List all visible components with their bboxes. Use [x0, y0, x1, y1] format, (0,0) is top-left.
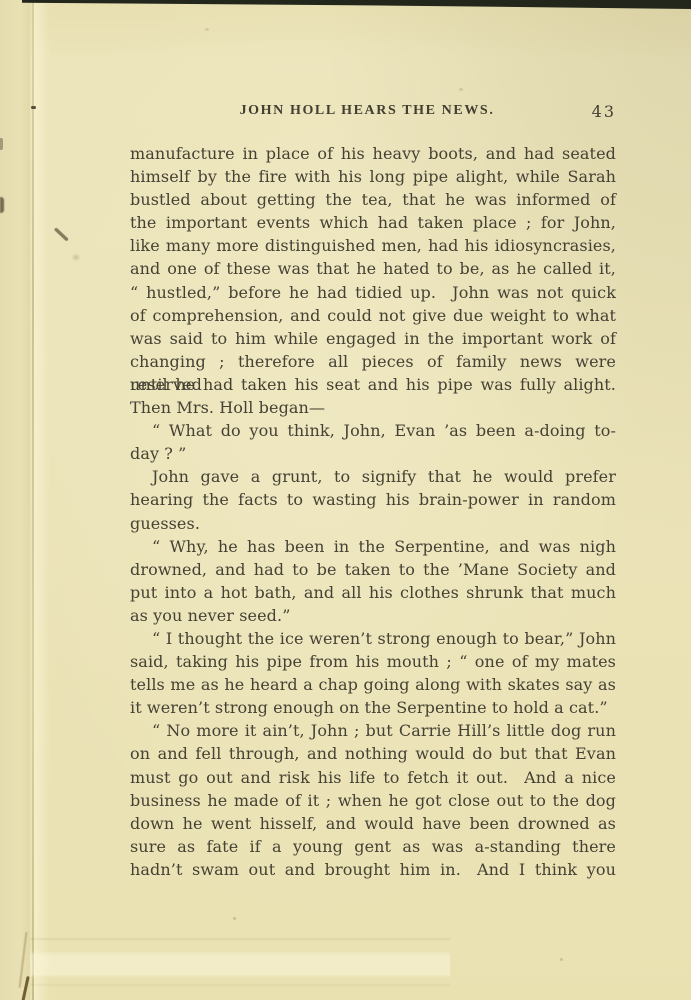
paper-dot-2 [233, 917, 236, 920]
text-line: drowned, and had to be taken to the ’Man… [130, 558, 616, 581]
text-line: as you never seed.” [130, 604, 616, 627]
book-page-scan: JOHN HOLL HEARS THE NEWS. 43 manufacture… [0, 0, 691, 1000]
text-line: “ What do you think, John, Evan ’as been… [130, 419, 616, 442]
text-line: bustled about getting the tea, that he w… [130, 188, 616, 211]
text-line: himself by the fire with his long pipe a… [130, 165, 616, 188]
text-line: must go out and risk his life to fetch i… [130, 766, 616, 789]
text-line: guesses. [130, 512, 616, 535]
text-line: of comprehension, and could not give due… [130, 304, 616, 327]
text-line: was said to him while engaged in the imp… [130, 327, 616, 350]
text-line: manufacture in place of his heavy boots,… [130, 142, 616, 165]
edge-mark-upper [0, 138, 3, 150]
text-line: and one of these was that he hated to be… [130, 257, 616, 280]
paper-dot-4 [459, 88, 463, 91]
text-line: until he had taken his seat and his pipe… [130, 373, 616, 396]
text-line: John gave a grunt, to signify that he wo… [130, 465, 616, 488]
text-line: “ I thought the ice weren’t strong enoug… [130, 627, 616, 650]
text-line: put into a hot bath, and all his clothes… [130, 581, 616, 604]
text-line: day ? ” [130, 442, 616, 465]
text-line: “ hustled,” before he had tidied up. Joh… [130, 281, 616, 304]
text-line: like many more distinguished men, had hi… [130, 234, 616, 257]
paper-dot-3 [560, 958, 563, 961]
ink-speck [31, 106, 36, 109]
page-header: JOHN HOLL HEARS THE NEWS. 43 [130, 103, 616, 123]
text-line: hadn’t swam out and brought him in. And … [130, 858, 616, 881]
page-number: 43 [592, 102, 616, 121]
paper-smudge [73, 255, 79, 260]
text-line: it weren’t strong enough on the Serpenti… [130, 696, 616, 719]
text-line: “ Why, he has been in the Serpentine, an… [130, 535, 616, 558]
text-line: hearing the facts to wasting his brain-p… [130, 488, 616, 511]
body-text: manufacture in place of his heavy boots,… [130, 142, 616, 881]
text-line: sure as fate if a young gent as was a-st… [130, 835, 616, 858]
text-line: said, taking his pipe from his mouth ; “… [130, 650, 616, 673]
text-line: on and fell through, and nothing would d… [130, 742, 616, 765]
paper-dot-1 [205, 28, 209, 31]
text-line: “ No more it ain’t, John ; but Carrie Hi… [130, 719, 616, 742]
edge-mark-lower [0, 197, 4, 213]
top-scan-shadow [22, 0, 691, 9]
text-line: business he made of it ; when he got clo… [130, 789, 616, 812]
text-line: changing ; therefore all pieces of famil… [130, 350, 616, 373]
under-page-edge [0, 0, 30, 1000]
text-line: down he went hisself, and would have bee… [130, 812, 616, 835]
text-line: the important events which had taken pla… [130, 211, 616, 234]
text-line: Then Mrs. Holl began— [130, 396, 616, 419]
text-line: tells me as he heard a chap going along … [130, 673, 616, 696]
pen-slash-mark [54, 228, 68, 241]
crease-highlight [34, 0, 50, 1000]
running-title: JOHN HOLL HEARS THE NEWS. [130, 103, 604, 119]
page-stack-bands [30, 938, 450, 1000]
